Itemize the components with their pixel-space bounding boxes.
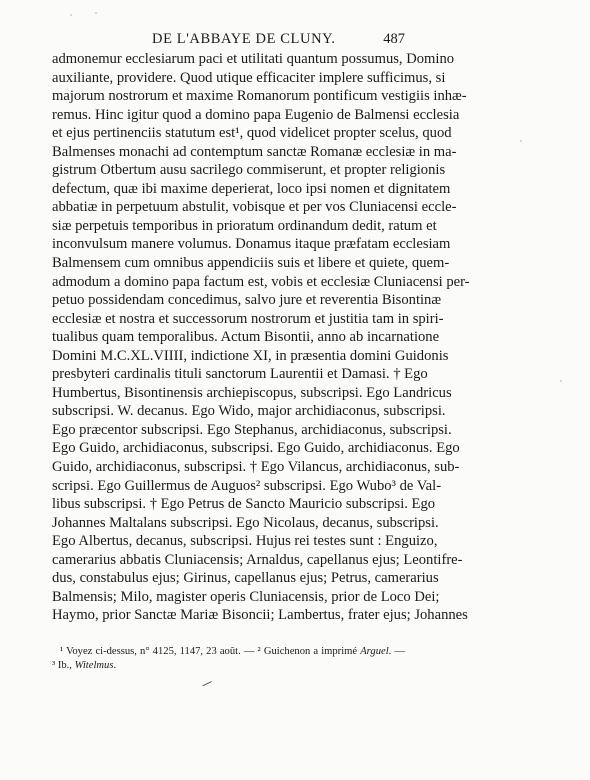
running-title: DE L'ABBAYE DE CLUNY.: [152, 31, 336, 48]
text-line: majorum nostrorum et maxime Romanorum po…: [52, 87, 405, 106]
footnote-line: ³ Ib., Witelmus.: [52, 659, 405, 673]
text-line: auxiliante, providere. Quod utique effic…: [52, 69, 405, 88]
text-line: remus. Hinc igitur quod a domino papa Eu…: [52, 106, 405, 125]
text-line: Haymo, prior Sanctæ Mariæ Bisoncii; Lamb…: [52, 606, 405, 625]
text-line: abbatiæ in perpetuum abstulit, vobisque …: [52, 198, 405, 217]
paper-speck: [95, 12, 97, 14]
footnote-italic: Arguel: [360, 646, 388, 657]
footnotes: ¹ Voyez ci-dessus, n° 4125, 1147, 23 aoû…: [52, 645, 405, 673]
text-line: tualibus quam temporalibus. Actum Bisont…: [52, 328, 405, 347]
text-line: defectum, quæ ibi maxime deperierat, loc…: [52, 180, 405, 199]
text-line: inconvulsum manere volumus. Donamus itaq…: [52, 235, 405, 254]
text-line: Ego præcentor subscripsi. Ego Stephanus,…: [52, 421, 405, 440]
footnote-text: .: [113, 660, 116, 671]
footnote-text: . —: [389, 646, 405, 657]
footnote-italic: Witelmus: [75, 660, 114, 671]
page-number: 487: [383, 31, 405, 48]
text-line: libus subscripsi. † Ego Petrus de Sancto…: [52, 495, 405, 514]
text-line: ecclesiæ et nostra et successorum nostro…: [52, 310, 405, 329]
running-header: DE L'ABBAYE DE CLUNY. 487: [52, 31, 405, 51]
text-line: Guido, archidiaconus, subscripsi. † Ego …: [52, 458, 405, 477]
text-line: Balmenses monachi ad contemptum sanctæ R…: [52, 143, 405, 162]
text-line: gistrum Otbertum ausu sacrilego commiser…: [52, 161, 405, 180]
text-line: Balmensem cum omnibus appendiciis suis e…: [52, 254, 405, 273]
footnote-line: ¹ Voyez ci-dessus, n° 4125, 1147, 23 aoû…: [52, 645, 405, 659]
text-line: dus, constabulus ejus; Girinus, capellan…: [52, 569, 405, 588]
paper-speck: [520, 140, 522, 142]
text-line: et ejus pertinenciis statutum est¹, quod…: [52, 124, 405, 143]
paper-speck: [560, 380, 562, 382]
text-line: Balmensis; Milo, magister operis Cluniac…: [52, 588, 405, 607]
text-line: admodum a domino papa factum est, vobis …: [52, 273, 405, 292]
text-line: Humbertus, Bisontinensis archiepiscopus,…: [52, 384, 405, 403]
document-page: DE L'ABBAYE DE CLUNY. 487 admonemur eccl…: [0, 0, 590, 780]
text-line: Johannes Maltalans subscripsi. Ego Nicol…: [52, 514, 405, 533]
ink-mark: [202, 681, 213, 690]
text-line: petuo possidendam concedimus, salvo jure…: [52, 291, 405, 310]
paper-speck: [70, 14, 72, 16]
text-line: Domini M.C.XL.VIIII, indictione XI, in p…: [52, 347, 405, 366]
text-line: presbyteri cardinalis tituli sanctorum L…: [52, 365, 405, 384]
text-line: camerarius abbatis Cluniacensis; Arnaldu…: [52, 551, 405, 570]
text-line: admonemur ecclesiarum paci et utilitati …: [52, 50, 405, 69]
footnote-text: ³ Ib.,: [52, 660, 75, 671]
footnote-text: ¹ Voyez ci-dessus, n° 4125, 1147, 23 aoû…: [60, 646, 360, 657]
text-line: subscripsi. W. decanus. Ego Wido, major …: [52, 402, 405, 421]
text-line: siæ perpetuis temporibus in prioratum or…: [52, 217, 405, 236]
text-line: Ego Guido, archidiaconus, subscripsi. Eg…: [52, 439, 405, 458]
body-text: admonemur ecclesiarum paci et utilitati …: [52, 50, 405, 625]
text-line: scripsi. Ego Guillermus de Auguos² subsc…: [52, 477, 405, 496]
text-line: Ego Albertus, decanus, subscripsi. Hujus…: [52, 532, 405, 551]
